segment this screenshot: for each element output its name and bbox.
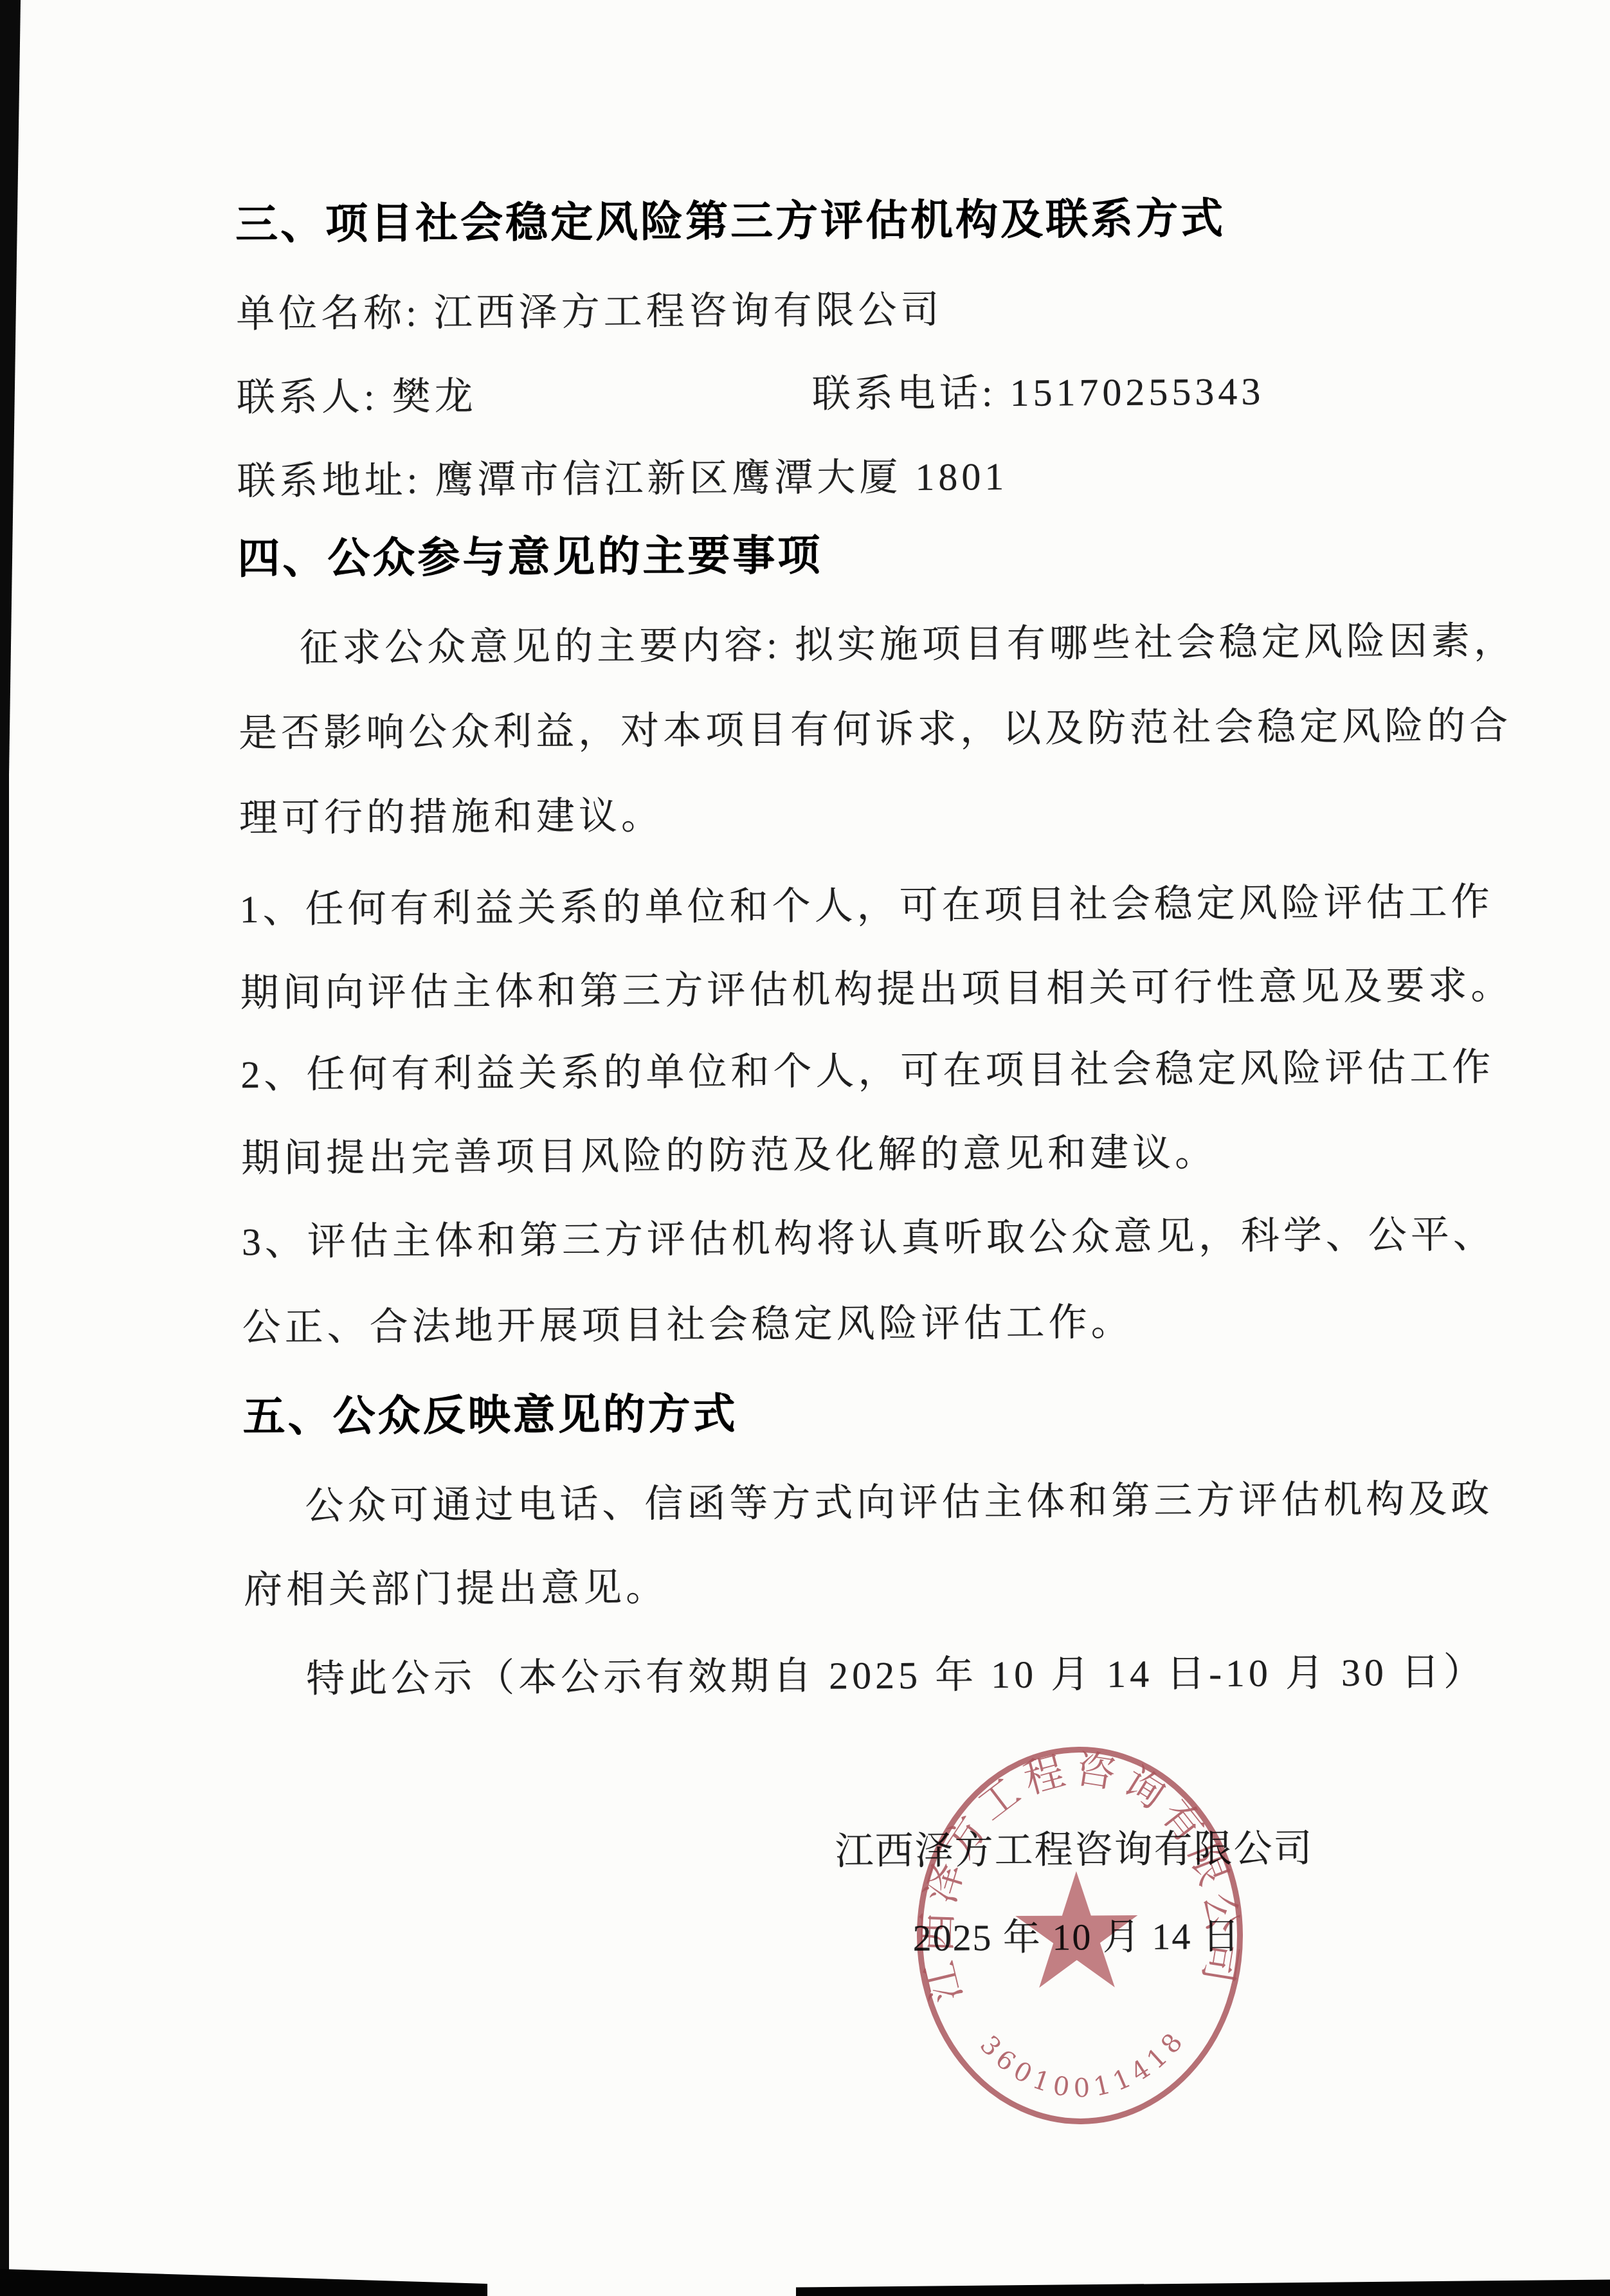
section4-paragraph-line: 理可行的措施和建议。	[239, 789, 1532, 839]
company-seal-stamp: 江西泽方工程咨询有限公司 3601001141863	[912, 1742, 1249, 2129]
section4-item2-line: 期间提出完善项目风险的防范及化解的意见和建议。	[241, 1129, 1533, 1180]
section5-paragraph-line: 公众可通过电话、信函等方式向评估主体和第三方评估机构及政	[243, 1477, 1597, 1527]
section3-heading: 三、项目社会稳定风险第三方评估机构及联系方式	[235, 196, 1528, 246]
section5-heading: 五、公众反映意见的方式	[242, 1389, 1535, 1439]
unit-name-line: 单位名称: 江西泽方工程咨询有限公司	[236, 285, 1528, 335]
contact-phone-line: 联系电话: 15170255343	[812, 369, 1519, 415]
section5-paragraph-line: 府相关部门提出意见。	[244, 1561, 1536, 1611]
section4-item1-line: 1、任何有利益关系的单位和个人，可在项目社会稳定风险评估工作	[240, 880, 1532, 931]
section4-item3-line: 3、评估主体和第三方评估机构将认真听取公众意见，科学、公平、	[242, 1213, 1534, 1263]
section4-item1-line: 期间向评估主体和第三方评估机构提出项目相关可行性意见及要求。	[240, 964, 1532, 1014]
document-content: 三、项目社会稳定风险第三方评估机构及联系方式 单位名称: 江西泽方工程咨询有限公…	[0, 0, 1610, 2296]
section4-heading: 四、公众参与意见的主要事项	[237, 531, 1530, 581]
section4-item2-line: 2、任何有利益关系的单位和个人，可在项目社会稳定风险评估工作	[240, 1046, 1533, 1096]
section4-paragraph-line: 征求公众意见的主要内容: 拟实施项目有哪些社会稳定风险因素，	[238, 619, 1592, 670]
seal-star-icon	[1015, 1871, 1138, 1988]
seal-company-arc-text: 江西泽方工程咨询有限公司	[915, 1746, 1245, 2006]
notice-validity-line: 特此公示（本公示有效期自 2025 年 10 月 14 日-10 月 30 日）	[244, 1650, 1598, 1700]
section4-item3-line: 公正、合法地开展项目社会稳定风险评估工作。	[242, 1298, 1534, 1349]
document-page: 三、项目社会稳定风险第三方评估机构及联系方式 单位名称: 江西泽方工程咨询有限公…	[0, 0, 1610, 2296]
contact-address-line: 联系地址: 鹰潭市信江新区鹰潭大厦 1801	[237, 452, 1529, 502]
section4-paragraph-line: 是否影响公众利益，对本项目有何诉求，以及防范社会稳定风险的合	[239, 704, 1531, 754]
